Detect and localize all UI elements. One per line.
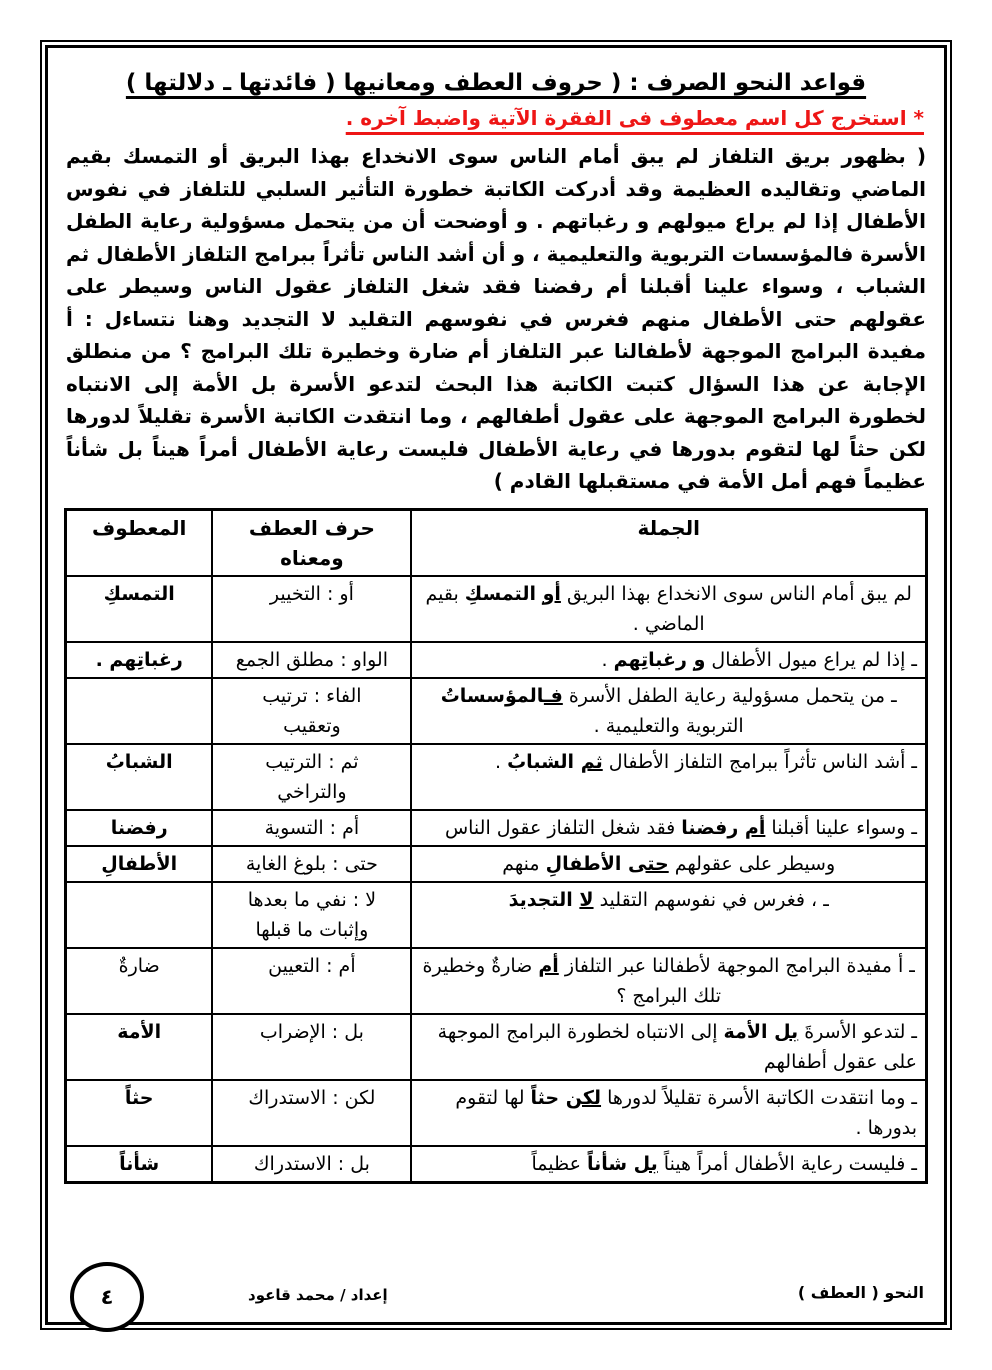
matoof-cell: الأطفالِ [66,846,213,882]
column-header-conjunction-line2: ومعناه [221,543,402,573]
sentence-cell: ـ ، فغرس في نفوسهم التقليد لا التجديدَ [411,882,926,948]
table-row: لم يبق أمام الناس سوى الانخداع بهذا البر… [66,576,927,642]
sentence-cell: ـ أ مفيدة البرامج الموجهة لأطفالنا عبر ا… [411,948,926,1014]
sentence-cell: ـ لتدعو الأسرةَ بل الأمة إلى الانتباه لخ… [411,1014,926,1080]
sentence-cell: ـ أشد الناس تأثراً ببرامج التلفاز الأطفا… [411,744,926,810]
matoof-cell: شأناً [66,1146,213,1183]
matoof-cell: الأمة [66,1014,213,1080]
footer-topic-label: النحو ( العطف ) [798,1283,924,1302]
table-row: ـ من يتحمل مسؤولية رعاية الطفل الأسرة فـ… [66,678,927,744]
reading-passage: ( بظهور بريق التلفاز لم يبق أمام الناس س… [66,140,926,498]
page-title: قواعد النحو الصرف : ( حروف العطف ومعانيه… [64,70,928,96]
table-row: ـ فليست رعاية الأطفال أمراً هيناً بل شأن… [66,1146,927,1183]
table-row: ـ وما انتقدت الكاتبة الأسرة تقليلاً لدور… [66,1080,927,1146]
conjunction-cell: ثم : الترتيبوالتراخي [212,744,411,810]
conjunction-cell: بل : الإضراب [212,1014,411,1080]
matoof-cell: رفضنا [66,810,213,846]
table-header-row: الجملة حرف العطف ومعناه المعطوف [66,509,927,576]
conjunction-cell: لكن : الاستدراك [212,1080,411,1146]
sentence-cell: ـ فليست رعاية الأطفال أمراً هيناً بل شأن… [411,1146,926,1183]
page-outer-border: قواعد النحو الصرف : ( حروف العطف ومعانيه… [40,40,952,1330]
matoof-cell: حثاً [66,1080,213,1146]
conjunction-cell: الواو : مطلق الجمع [212,642,411,678]
exercise-instruction: * استخرج كل اسم معطوف فى الفقرة الآتية و… [64,106,924,130]
column-header-conjunction: حرف العطف ومعناه [212,509,411,576]
matoof-cell: رغباتِهم . [66,642,213,678]
table-row: ـ إذا لم يراع ميول الأطفال و رغباتِهم . … [66,642,927,678]
table-row: ـ لتدعو الأسرةَ بل الأمة إلى الانتباه لخ… [66,1014,927,1080]
matoof-cell: ضارةٌ [66,948,213,1014]
table-row: وسيطر على عقولهم حتى الأطفالِ منهم حتى :… [66,846,927,882]
column-header-conjunction-line1: حرف العطف [221,513,402,543]
table-row: ـ وسواء علينا أقبلنا أم رفضنا فقد شغل ال… [66,810,927,846]
conjunction-table: الجملة حرف العطف ومعناه المعطوف لم يبق أ… [64,508,928,1184]
column-header-matoof: المعطوف [66,509,213,576]
table-row: ـ أشد الناس تأثراً ببرامج التلفاز الأطفا… [66,744,927,810]
sentence-cell: ـ وما انتقدت الكاتبة الأسرة تقليلاً لدور… [411,1080,926,1146]
conjunction-cell: أم : التسوية [212,810,411,846]
worksheet-page: { "colors": { "accent_red": "#ee1616", "… [0,0,992,1370]
sentence-cell: ـ من يتحمل مسؤولية رعاية الطفل الأسرة فـ… [411,678,926,744]
prepared-by-label: إعداد / محمد قاعود [248,1286,388,1304]
conjunction-cell: حتى : بلوغ الغاية [212,846,411,882]
page-number: ٤ [101,1285,114,1309]
matoof-cell: التمسكِ [66,576,213,642]
sentence-cell: ـ وسواء علينا أقبلنا أم رفضنا فقد شغل ال… [411,810,926,846]
matoof-cell: الشبابُ [66,744,213,810]
conjunction-cell: لا : نفي ما بعدهاوإثبات ما قبلها [212,882,411,948]
matoof-cell [66,882,213,948]
conjunction-cell: بل : الاستدراك [212,1146,411,1183]
table-row: ـ ، فغرس في نفوسهم التقليد لا التجديدَ ل… [66,882,927,948]
conjunction-cell: أم : التعيين [212,948,411,1014]
column-header-sentence: الجملة [411,509,926,576]
sentence-cell: لم يبق أمام الناس سوى الانخداع بهذا البر… [411,576,926,642]
conjunction-cell: الفاء : ترتيبوتعقيب [212,678,411,744]
sentence-cell: ـ إذا لم يراع ميول الأطفال و رغباتِهم . [411,642,926,678]
table-row: ـ أ مفيدة البرامج الموجهة لأطفالنا عبر ا… [66,948,927,1014]
conjunction-cell: أو : التخيير [212,576,411,642]
sentence-cell: وسيطر على عقولهم حتى الأطفالِ منهم [411,846,926,882]
page-inner-border: قواعد النحو الصرف : ( حروف العطف ومعانيه… [45,45,947,1325]
page-number-badge: ٤ [70,1262,144,1332]
matoof-cell [66,678,213,744]
